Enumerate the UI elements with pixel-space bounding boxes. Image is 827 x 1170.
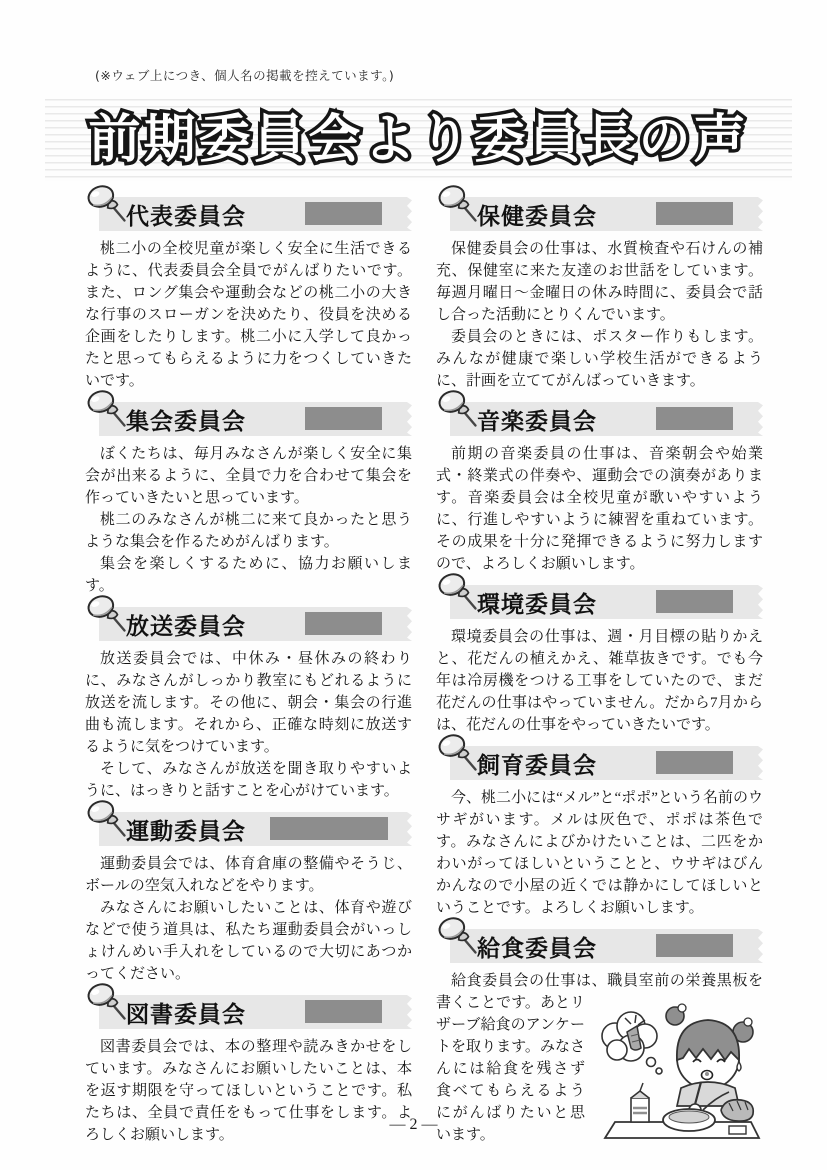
- committee-paragraph: 桃二小の全校児童が楽しく安全に生活できるように、代表委員会全員でがんばりたいです…: [85, 238, 412, 392]
- committee-title: 給食委員会: [477, 930, 597, 963]
- committee-paragraph: 今、桃二小には“メル”と“ポポ”という名前のウサギがいます。メルは灰色で、ポポは…: [436, 787, 763, 919]
- web-privacy-note: (※ウェブ上につき、個人名の掲載を控えています。): [95, 66, 394, 84]
- committee-body: 今、桃二小には“メル”と“ポポ”という名前のウサギがいます。メルは灰色で、ポポは…: [436, 787, 763, 919]
- committee-header: 給食委員会: [450, 929, 763, 963]
- committee-section: 運動委員会 運動委員会では、体育倉庫の整備やそうじ、ボールの空気入れなどをやりま…: [85, 812, 412, 985]
- committee-header: 飼育委員会: [450, 746, 763, 780]
- pushpin-icon: [436, 915, 480, 959]
- pushpin-icon: [85, 388, 129, 432]
- committee-header: 代表委員会: [99, 197, 412, 231]
- committee-title: 環境委員会: [477, 586, 597, 619]
- committee-paragraph: 桃二のみなさんが桃二に来て良かったと思うような集会を作るためがんばります。: [85, 509, 412, 553]
- redacted-name-box: [305, 407, 382, 430]
- committee-title: 集会委員会: [126, 403, 246, 436]
- committee-paragraph: 保健委員会の仕事は、水質検査や石けんの補充、保健室に来た友達のお世話をしています…: [436, 238, 763, 326]
- committee-section: 音楽委員会 前期の音楽委員の仕事は、音楽朝会や始業式・終業式の伴奏や、運動会での…: [436, 402, 763, 575]
- page-title-banner: 前期委員会より委員長の声 前期委員会より委員長の声: [45, 99, 792, 181]
- committee-header: 図書委員会: [99, 995, 412, 1029]
- committee-section: 飼育委員会 今、桃二小には“メル”と“ポポ”という名前のウサギがいます。メルは灰…: [436, 746, 763, 919]
- committee-section: 代表委員会 桃二小の全校児童が楽しく安全に生活できるように、代表委員会全員でがん…: [85, 197, 412, 392]
- page-title-fill: 前期委員会より委員長の声: [88, 114, 748, 166]
- committee-body: 前期の音楽委員の仕事は、音楽朝会や始業式・終業式の伴奏や、運動会での演奏がありま…: [436, 443, 763, 575]
- committee-header: 集会委員会: [99, 402, 412, 436]
- page-title: 前期委員会より委員長の声 前期委員会より委員長の声: [88, 114, 748, 166]
- committee-header: 運動委員会: [99, 812, 412, 846]
- committee-paragraph: 集会を楽しくするために、協力お願いします。: [85, 553, 412, 597]
- committee-paragraph: 運動委員会では、体育倉庫の整備やそうじ、ボールの空気入れなどをやります。: [85, 853, 412, 897]
- committee-paragraph: 前期の音楽委員の仕事は、音楽朝会や始業式・終業式の伴奏や、運動会での演奏がありま…: [436, 443, 763, 575]
- committee-body: 環境委員会の仕事は、週・月目標の貼りかえと、花だんの植えかえ、雑草抜きです。でも…: [436, 626, 763, 736]
- pushpin-icon: [85, 183, 129, 227]
- committee-title: 運動委員会: [126, 813, 246, 846]
- committee-title: 保健委員会: [477, 198, 597, 231]
- committee-paragraph: 委員会のときには、ポスター作りもします。みんなが健康で楽しい学校生活ができるよう…: [436, 326, 763, 392]
- redacted-name-box: [270, 817, 388, 840]
- committee-paragraph: 環境委員会の仕事は、週・月目標の貼りかえと、花だんの植えかえ、雑草抜きです。でも…: [436, 626, 763, 736]
- redacted-name-box: [305, 202, 382, 225]
- committee-paragraph: そして、みなさんが放送を聞き取りやすいように、はっきりと話すことを心がけています…: [85, 758, 412, 802]
- committee-body: ぼくたちは、毎月みなさんが楽しく安全に集会が出来るように、全員で力を合わせて集会…: [85, 443, 412, 597]
- committee-header: 放送委員会: [99, 607, 412, 641]
- redacted-name-box: [656, 407, 733, 430]
- committee-body: 保健委員会の仕事は、水質検査や石けんの補充、保健室に来た友達のお世話をしています…: [436, 238, 763, 392]
- committee-header: 環境委員会: [450, 585, 763, 619]
- redacted-name-box: [656, 934, 733, 957]
- newsletter-page: (※ウェブ上につき、個人名の掲載を控えています。) 前期委員会より委員長の声 前…: [0, 0, 827, 1170]
- committee-title: 飼育委員会: [477, 747, 597, 780]
- pushpin-icon: [436, 732, 480, 776]
- committee-columns: 代表委員会 桃二小の全校児童が楽しく安全に生活できるように、代表委員会全員でがん…: [85, 197, 763, 1156]
- pushpin-icon: [436, 571, 480, 615]
- committee-paragraph: 放送委員会では、中休み・昼休みの終わりに、みなさんがしっかり教室にもどれるように…: [85, 648, 412, 758]
- committee-paragraph: ぼくたちは、毎月みなさんが楽しく安全に集会が出来るように、全員で力を合わせて集会…: [85, 443, 412, 509]
- committee-section: 保健委員会 保健委員会の仕事は、水質検査や石けんの補充、保健室に来た友達のお世話…: [436, 197, 763, 392]
- pushpin-icon: [436, 388, 480, 432]
- committee-section: 放送委員会 放送委員会では、中休み・昼休みの終わりに、みなさんがしっかり教室にも…: [85, 607, 412, 802]
- pushpin-icon: [436, 183, 480, 227]
- committee-title: 図書委員会: [126, 996, 246, 1029]
- page-number: — 2 —: [0, 1116, 827, 1134]
- redacted-name-box: [656, 751, 733, 774]
- committee-body: 桃二小の全校児童が楽しく安全に生活できるように、代表委員会全員でがんばりたいです…: [85, 238, 412, 392]
- committee-section: 集会委員会 ぼくたちは、毎月みなさんが楽しく安全に集会が出来るように、全員で力を…: [85, 402, 412, 597]
- committee-title: 放送委員会: [126, 608, 246, 641]
- committee-body: 放送委員会では、中休み・昼休みの終わりに、みなさんがしっかり教室にもどれるように…: [85, 648, 412, 802]
- committee-paragraph: みなさんにお願いしたいことは、体育や遊びなどで使う道具は、私たち運動委員会がいっ…: [85, 897, 412, 985]
- committee-section: 給食委員会: [436, 929, 763, 1146]
- pushpin-icon: [85, 798, 129, 842]
- left-column: 代表委員会 桃二小の全校児童が楽しく安全に生活できるように、代表委員会全員でがん…: [85, 197, 412, 1156]
- committee-section: 環境委員会 環境委員会の仕事は、週・月目標の貼りかえと、花だんの植えかえ、雑草抜…: [436, 585, 763, 736]
- redacted-name-box: [656, 590, 733, 613]
- committee-header: 保健委員会: [450, 197, 763, 231]
- pushpin-icon: [85, 593, 129, 637]
- redacted-name-box: [305, 612, 382, 635]
- committee-title: 音楽委員会: [477, 403, 597, 436]
- redacted-name-box: [305, 1000, 382, 1023]
- right-column: 保健委員会 保健委員会の仕事は、水質検査や石けんの補充、保健室に来た友達のお世話…: [436, 197, 763, 1156]
- redacted-name-box: [656, 202, 733, 225]
- committee-header: 音楽委員会: [450, 402, 763, 436]
- committee-body: 運動委員会では、体育倉庫の整備やそうじ、ボールの空気入れなどをやります。みなさん…: [85, 853, 412, 985]
- pushpin-icon: [85, 981, 129, 1025]
- committee-title: 代表委員会: [126, 198, 246, 231]
